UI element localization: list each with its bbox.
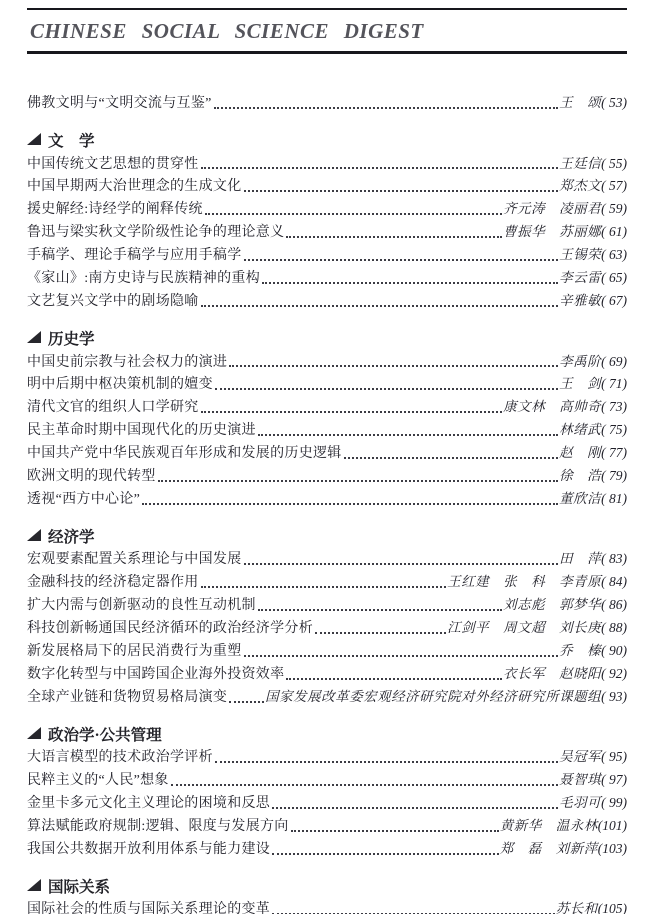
- journal-title: CHINESE SOCIAL SCIENCE DIGEST: [30, 17, 627, 45]
- dot-leader: [215, 761, 558, 763]
- header-top-rule: [27, 8, 627, 10]
- section-label: 历史学: [48, 327, 95, 349]
- entry-title: 民主革命时期中国现代化的历史演进: [27, 419, 256, 439]
- toc-entry: 手稿学、理论手稿学与应用手稿学 王锡荣 ( 63): [27, 243, 627, 266]
- entry-page-number: ( 83): [601, 551, 627, 567]
- toc-section-header: 历史学: [27, 327, 627, 350]
- entry-authors: 齐元涛 凌丽君: [503, 197, 601, 217]
- entry-title: 清代文官的组织人口学研究: [27, 396, 199, 416]
- dot-leader: [258, 434, 558, 436]
- entry-page-number: ( 71): [601, 376, 627, 392]
- entry-title: 文艺复兴文学中的剧场隐喻: [27, 290, 199, 310]
- entry-page-number: ( 79): [601, 468, 627, 484]
- toc-entry: 算法赋能政府规制:逻辑、限度与发展方向 黄新华 温永林 (101): [27, 814, 627, 837]
- section-label: 文 学: [48, 129, 95, 151]
- entry-title: 中国史前宗教与社会权力的演进: [27, 351, 227, 371]
- entry-title: 援史解经:诗经学的阐释传统: [27, 198, 203, 218]
- toc-entry: 援史解经:诗经学的阐释传统 齐元涛 凌丽君 ( 59): [27, 197, 627, 220]
- dot-leader: [229, 365, 558, 367]
- entry-page-number: ( 95): [601, 749, 627, 765]
- entry-page-number: ( 73): [601, 399, 627, 415]
- entry-title: 欧洲文明的现代转型: [27, 465, 156, 485]
- dot-leader: [262, 282, 558, 284]
- toc-entry: 宏观要素配置关系理论与中国发展 田 萍 ( 83): [27, 547, 627, 570]
- entry-authors: 刘志彪 郭梦华: [503, 593, 601, 613]
- entry-title: 科技创新畅通国民经济循环的政治经济学分析: [27, 617, 313, 637]
- entry-page-number: ( 63): [601, 247, 627, 263]
- dot-leader: [244, 655, 559, 657]
- entry-authors: 董欣洁: [559, 487, 601, 507]
- toc-entry: 中国传统文艺思想的贯穿性 王廷信 ( 55): [27, 152, 627, 175]
- entry-page-number: ( 92): [601, 666, 627, 682]
- entry-page-number: (103): [598, 841, 627, 857]
- section-label: 国际关系: [48, 875, 110, 897]
- entry-authors: 王 颂: [559, 91, 601, 111]
- table-of-contents: 佛教文明与“文明交流与互鉴” 王 颂 ( 53) 文 学 中国传统文艺思想的贯穿…: [27, 91, 627, 914]
- dot-leader: [215, 388, 558, 390]
- section-triangle-icon: [27, 879, 41, 891]
- dot-leader: [286, 678, 502, 680]
- entry-authors: 郑杰文: [559, 174, 601, 194]
- toc-section-header: 文 学: [27, 129, 627, 152]
- entry-title: 宏观要素配置关系理论与中国发展: [27, 548, 242, 568]
- toc-section-header: 政治学·公共管理: [27, 722, 627, 745]
- toc-entry: 国际社会的性质与国际关系理论的变革 苏长和 (105): [27, 897, 627, 914]
- dot-leader: [344, 457, 559, 459]
- toc-entry: 民粹主义的“人民”想象 聂智琪 ( 97): [27, 768, 627, 791]
- entry-page-number: ( 81): [601, 491, 627, 507]
- toc-entry: 全球产业链和货物贸易格局演变 国家发展改革委宏观经济研究院对外经济研究所课题组 …: [27, 685, 627, 708]
- toc-entry: 大语言模型的技术政治学评析 吴冠军 ( 95): [27, 745, 627, 768]
- dot-leader: [142, 503, 558, 505]
- entry-title: 大语言模型的技术政治学评析: [27, 746, 213, 766]
- toc-entry: 数字化转型与中国跨国企业海外投资效率 衣长军 赵晓阳 ( 92): [27, 662, 627, 685]
- entry-title: 中国传统文艺思想的贯穿性: [27, 153, 199, 173]
- entry-title: 数字化转型与中国跨国企业海外投资效率: [27, 663, 284, 683]
- entry-title: 佛教文明与“文明交流与互鉴”: [27, 92, 212, 112]
- entry-page-number: ( 84): [601, 574, 627, 590]
- entry-title: 中国早期两大治世理念的生成文化: [27, 175, 242, 195]
- dot-leader: [201, 167, 559, 169]
- entry-page-number: ( 93): [601, 689, 627, 705]
- section-triangle-icon: [27, 529, 41, 541]
- entry-page-number: ( 59): [601, 201, 627, 217]
- entry-title: 算法赋能政府规制:逻辑、限度与发展方向: [27, 815, 289, 835]
- entry-page-number: ( 90): [601, 643, 627, 659]
- entry-page-number: ( 99): [601, 795, 627, 811]
- section-label: 政治学·公共管理: [48, 723, 162, 745]
- toc-entry: 我国公共数据开放利用体系与能力建设 郑 磊 刘新萍 (103): [27, 837, 627, 860]
- entry-title: 我国公共数据开放利用体系与能力建设: [27, 838, 270, 858]
- dot-leader: [272, 853, 499, 855]
- entry-authors: 赵 刚: [559, 441, 601, 461]
- entry-title: 透视“西方中心论”: [27, 488, 140, 508]
- dot-leader: [214, 107, 558, 109]
- toc-entry: 中国史前宗教与社会权力的演进 李禹阶 ( 69): [27, 350, 627, 373]
- dot-leader: [244, 259, 559, 261]
- dot-leader: [201, 411, 503, 413]
- toc-entry: 文艺复兴文学中的剧场隐喻 辛雅敏 ( 67): [27, 289, 627, 312]
- entry-authors: 曹振华 苏丽娜: [503, 220, 601, 240]
- dot-leader: [258, 609, 502, 611]
- entry-authors: 国家发展改革委宏观经济研究院对外经济研究所课题组: [265, 685, 601, 705]
- entry-authors: 康文林 高帅奇: [503, 395, 601, 415]
- entry-title: 《家山》:南方史诗与民族精神的重构: [27, 267, 260, 287]
- toc-entry: 金里卡多元文化主义理论的困境和反思 毛羽可 ( 99): [27, 791, 627, 814]
- entry-authors: 乔 榛: [559, 639, 601, 659]
- entry-title: 鲁迅与梁实秋文学阶级性论争的理论意义: [27, 221, 284, 241]
- entry-authors: 黄新华 温永林: [500, 814, 598, 834]
- entry-authors: 苏长和: [556, 897, 598, 914]
- toc-entry: 明中后期中枢决策机制的嬗变 王 剑 ( 71): [27, 372, 627, 395]
- entry-page-number: ( 69): [601, 354, 627, 370]
- toc-entry: 欧洲文明的现代转型 徐 浩 ( 79): [27, 464, 627, 487]
- entry-authors: 江剑平 周文超 刘长庚: [447, 616, 601, 636]
- entry-authors: 王红建 张 科 李青原: [447, 570, 601, 590]
- toc-entry: 清代文官的组织人口学研究 康文林 高帅奇 ( 73): [27, 395, 627, 418]
- section-triangle-icon: [27, 331, 41, 343]
- section-triangle-icon: [27, 133, 41, 145]
- entry-title: 新发展格局下的居民消费行为重塑: [27, 640, 242, 660]
- entry-authors: 王 剑: [559, 372, 601, 392]
- entry-page-number: ( 77): [601, 445, 627, 461]
- dot-leader: [171, 784, 558, 786]
- entry-title: 国际社会的性质与国际关系理论的变革: [27, 898, 270, 914]
- entry-authors: 林绪武: [559, 418, 601, 438]
- entry-page-number: ( 97): [601, 772, 627, 788]
- dot-leader: [201, 305, 559, 307]
- entry-page-number: ( 88): [601, 620, 627, 636]
- entry-authors: 田 萍: [559, 547, 601, 567]
- header-bottom-rule: [27, 51, 627, 54]
- entry-page-number: ( 65): [601, 270, 627, 286]
- entry-authors: 徐 浩: [559, 464, 601, 484]
- journal-toc-page: CHINESE SOCIAL SCIENCE DIGEST 佛教文明与“文明交流…: [0, 0, 652, 914]
- entry-page-number: ( 75): [601, 422, 627, 438]
- entry-page-number: (101): [598, 818, 627, 834]
- toc-entry: 科技创新畅通国民经济循环的政治经济学分析 江剑平 周文超 刘长庚 ( 88): [27, 616, 627, 639]
- entry-authors: 吴冠军: [559, 745, 601, 765]
- entry-page-number: ( 53): [601, 95, 627, 111]
- entry-title: 中国共产党中华民族观百年形成和发展的历史逻辑: [27, 442, 342, 462]
- dot-leader: [201, 586, 447, 588]
- entry-page-number: (105): [598, 901, 627, 914]
- toc-entry: 中国早期两大治世理念的生成文化 郑杰文 ( 57): [27, 174, 627, 197]
- entry-page-number: ( 86): [601, 597, 627, 613]
- toc-section-header: 经济学: [27, 525, 627, 548]
- entry-authors: 衣长军 赵晓阳: [503, 662, 601, 682]
- entry-page-number: ( 55): [601, 156, 627, 172]
- entry-title: 民粹主义的“人民”想象: [27, 769, 169, 789]
- entry-authors: 王锡荣: [559, 243, 601, 263]
- dot-leader: [244, 563, 559, 565]
- dot-leader: [286, 236, 502, 238]
- entry-authors: 王廷信: [559, 152, 601, 172]
- entry-title: 全球产业链和货物贸易格局演变: [27, 686, 227, 706]
- dot-leader: [291, 830, 499, 832]
- dot-leader: [315, 632, 446, 634]
- entry-authors: 毛羽可: [559, 791, 601, 811]
- toc-section-header: 国际关系: [27, 875, 627, 898]
- toc-entry: 中国共产党中华民族观百年形成和发展的历史逻辑 赵 刚 ( 77): [27, 441, 627, 464]
- entry-page-number: ( 67): [601, 293, 627, 309]
- entry-page-number: ( 61): [601, 224, 627, 240]
- toc-entry: 鲁迅与梁实秋文学阶级性论争的理论意义 曹振华 苏丽娜 ( 61): [27, 220, 627, 243]
- toc-entry: 透视“西方中心论” 董欣洁 ( 81): [27, 487, 627, 510]
- entry-title: 金融科技的经济稳定器作用: [27, 571, 199, 591]
- dot-leader: [205, 213, 502, 215]
- entry-authors: 聂智琪: [559, 768, 601, 788]
- toc-entry: 民主革命时期中国现代化的历史演进 林绪武 ( 75): [27, 418, 627, 441]
- toc-entry: 金融科技的经济稳定器作用 王红建 张 科 李青原 ( 84): [27, 570, 627, 593]
- entry-title: 扩大内需与创新驱动的良性互动机制: [27, 594, 256, 614]
- entry-title: 手稿学、理论手稿学与应用手稿学: [27, 244, 242, 264]
- section-label: 经济学: [48, 525, 95, 547]
- toc-entry: 扩大内需与创新驱动的良性互动机制 刘志彪 郭梦华 ( 86): [27, 593, 627, 616]
- toc-entry: 新发展格局下的居民消费行为重塑 乔 榛 ( 90): [27, 639, 627, 662]
- entry-title: 明中后期中枢决策机制的嬗变: [27, 373, 213, 393]
- dot-leader: [272, 807, 558, 809]
- entry-authors: 郑 磊 刘新萍: [500, 837, 598, 857]
- entry-authors: 李云雷: [559, 266, 601, 286]
- toc-entry: 《家山》:南方史诗与民族精神的重构 李云雷 ( 65): [27, 266, 627, 289]
- entry-authors: 辛雅敏: [559, 289, 601, 309]
- entry-title: 金里卡多元文化主义理论的困境和反思: [27, 792, 270, 812]
- dot-leader: [229, 701, 264, 703]
- dot-leader: [158, 480, 558, 482]
- entry-authors: 李禹阶: [559, 350, 601, 370]
- section-triangle-icon: [27, 727, 41, 739]
- entry-page-number: ( 57): [601, 178, 627, 194]
- dot-leader: [244, 190, 559, 192]
- toc-entry: 佛教文明与“文明交流与互鉴” 王 颂 ( 53): [27, 91, 627, 114]
